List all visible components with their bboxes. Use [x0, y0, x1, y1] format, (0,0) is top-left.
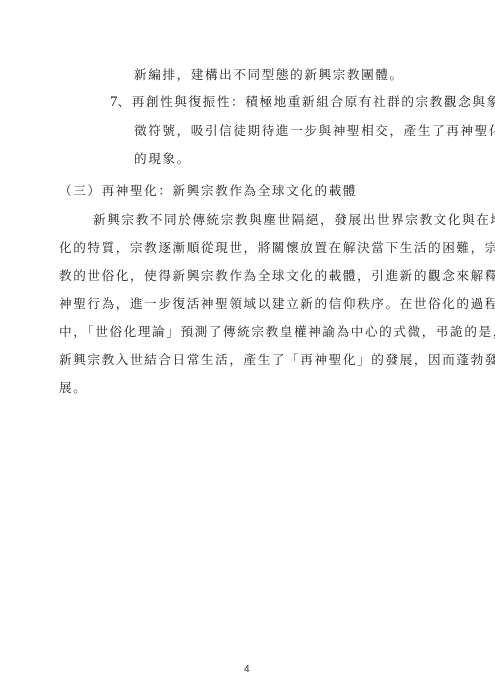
paragraph-line: 教的世俗化，使得新興宗教作為全球文化的載體，引進新的觀念來解釋 — [59, 268, 495, 284]
list-item-7-line-3: 的現象。 — [134, 151, 191, 167]
paragraph-line: 展。 — [59, 380, 87, 396]
list-item-separator: 、 — [118, 94, 132, 109]
paragraph-line: 新興宗教入世結合日常生活，產生了「再神聖化」的發展，因而蓬勃發 — [59, 352, 495, 368]
list-item-text: 再創性與復振性：積極地重新組合原有社群的宗教觀念與象 — [132, 94, 495, 109]
list-item-7-first-line: 7、再創性與復振性：積極地重新組合原有社群的宗教觀念與象 — [110, 94, 495, 110]
list-item-7-line-2: 徵符號，吸引信徒期待進一步與神聖相交，產生了再神聖化 — [134, 123, 495, 139]
section-heading: （三）再神聖化：新興宗教作為全球文化的載體 — [59, 183, 357, 199]
page-number: 4 — [244, 664, 250, 675]
list-item-number: 7 — [110, 94, 118, 110]
paragraph-line: 中，「世俗化理論」預測了傳統宗教皇權神諭為中心的式微，弔詭的是， — [59, 324, 495, 340]
list-item-6-tail: 新編排，建構出不同型態的新興宗教團體。 — [134, 67, 404, 83]
paragraph-line: 新興宗教不同於傳統宗教與塵世隔絕，發展出世界宗教文化與在地 — [93, 212, 495, 228]
paragraph-line: 化的特質，宗教逐漸順從現世，將關懷放置在解決當下生活的困難，宗 — [59, 240, 495, 256]
paragraph-line: 神聖行為，進一步復活神聖領域以建立新的信仰秩序。在世俗化的過程 — [59, 296, 495, 312]
